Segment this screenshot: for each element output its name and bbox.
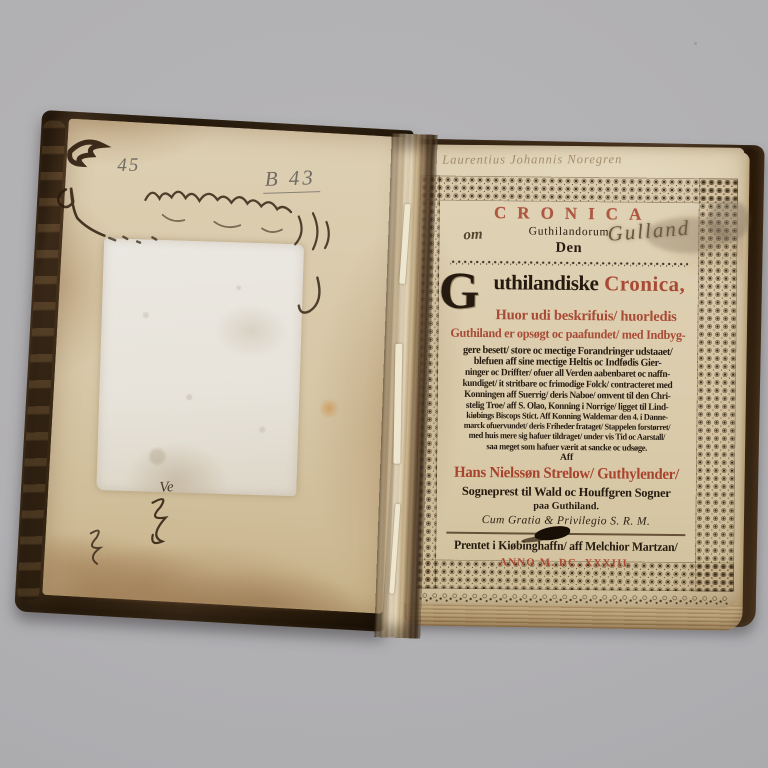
- pencil-shelfmark: B 43: [262, 165, 320, 194]
- ornament-rule: [450, 259, 688, 267]
- author-title-line: Sogneprest til Wald oc Houffgren Sogner: [437, 483, 696, 501]
- smudge-stain: [707, 199, 749, 241]
- author-place-line: paa Guthiland.: [437, 499, 696, 513]
- title-body-text: gere besett/ store oc mectige Forandring…: [437, 344, 697, 453]
- main-title-block: G uthilandiske Cronica,: [439, 270, 698, 303]
- title-page: Laurentius Johannis Noregren CRONICA Gut…: [404, 144, 745, 607]
- ink-letters: Ve: [159, 479, 174, 497]
- aff-word: Aff: [437, 451, 696, 464]
- owner-inscription: Laurentius Johannis Noregren: [442, 152, 742, 168]
- handwritten-om: om: [463, 227, 483, 245]
- main-title-roman: Cronica,: [598, 271, 685, 296]
- imprint-line: Prentet i Kiøbinghaffn/ aff Melchior Mar…: [443, 537, 689, 555]
- woodcut-initial: G: [439, 266, 480, 318]
- left-cover-board: 45 B 43 Ve: [14, 110, 413, 632]
- ink-marks-drawing: [14, 110, 413, 632]
- author-name-line: Hans Nielssøn Strelow/ Guthylender/: [442, 463, 691, 484]
- pencil-number: 45: [117, 155, 140, 177]
- ornament-sprig-row: [419, 591, 729, 605]
- main-title-line: uthilandiske Cronica,: [481, 270, 698, 297]
- main-title-blackletter: uthilandiske: [493, 270, 598, 295]
- title-page-text: CRONICA Guthilandorum Den G uthilandiske…: [436, 200, 699, 563]
- imprint-rule: [447, 531, 685, 535]
- red-subtitle-line-1: Huor udi beskrifuis/ huorledis: [475, 307, 698, 326]
- photo-scene: 45 B 43 Ve Laurentius Johannis Noregren …: [0, 0, 768, 768]
- red-subtitle-line-2: Guthiland er opsøgt oc paafundet/ med In…: [442, 326, 693, 344]
- background-speck: [694, 42, 697, 45]
